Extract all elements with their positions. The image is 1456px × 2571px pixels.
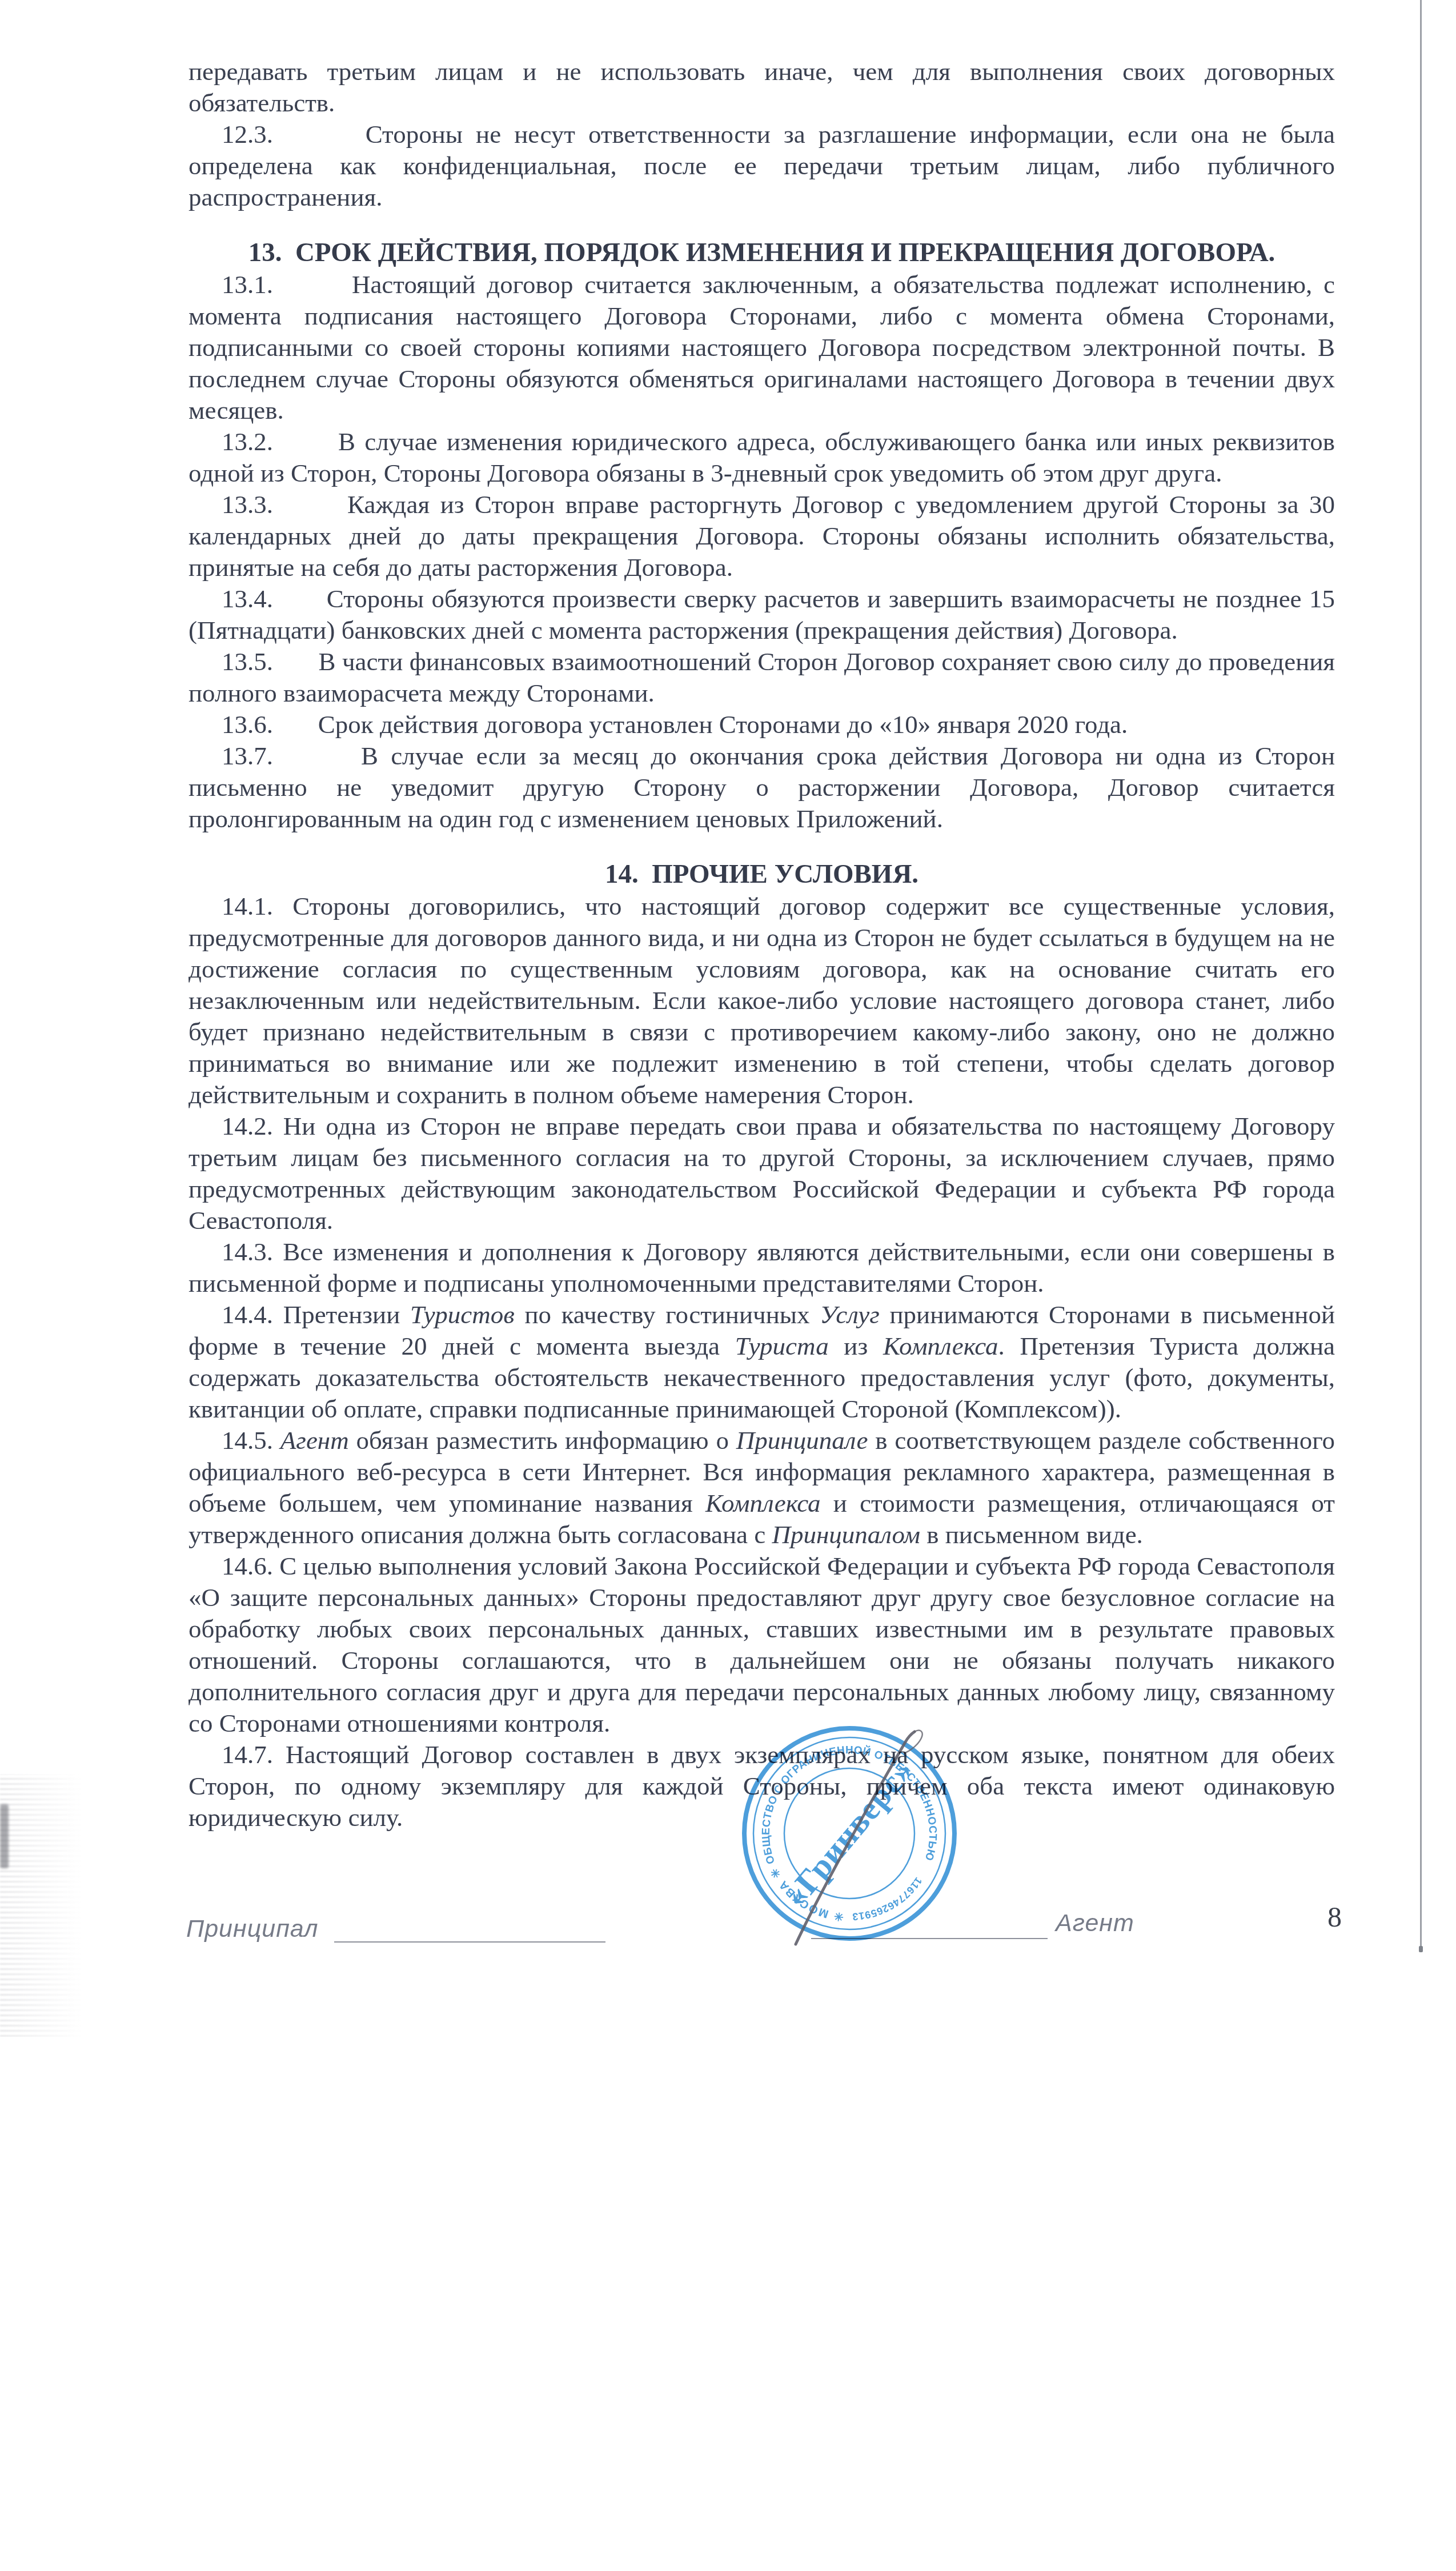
scanner-artifact-left-smudge	[0, 1774, 86, 2037]
paragraph-14-3: 14.3. Все изменения и дополнения к Догов…	[188, 1236, 1335, 1299]
company-round-stamp: ОБЩЕСТВО С ОГРАНИЧЕННОЙ ОТВЕТСТВЕННОСТЬЮ…	[735, 1719, 964, 1948]
paragraph-13-5: 13.5. В части финансовых взаимоотношений…	[188, 646, 1335, 709]
section-13-heading: 13. СРОК ДЕЙСТВИЯ, ПОРЯДОК ИЗМЕНЕНИЯ И П…	[188, 236, 1335, 269]
paragraph-14-5: 14.5. Агент обязан разместить информацию…	[188, 1425, 1335, 1551]
paragraph-13-1: 13.1. Настоящий договор считается заключ…	[188, 269, 1335, 426]
scanned-contract-page: передавать третьим лицам и не использова…	[0, 0, 1456, 2571]
paragraph-13-6: 13.6. Срок действия договора установлен …	[188, 709, 1335, 740]
paragraph-13-4: 13.4. Стороны обязуются произвести сверк…	[188, 583, 1335, 646]
paragraph-13-2: 13.2. В случае изменения юридического ад…	[188, 426, 1335, 489]
contract-body: передавать третьим лицам и не использова…	[188, 0, 1335, 1833]
paragraph-14-1: 14.1. Стороны договорились, что настоящи…	[188, 891, 1335, 1111]
principal-signature-line	[334, 1941, 605, 1943]
principal-signature-label: Принципал	[186, 1915, 319, 1943]
paragraph-13-7: 13.7. В случае если за месяц до окончани…	[188, 740, 1335, 835]
paragraph-continuation: передавать третьим лицам и не использова…	[188, 56, 1335, 119]
page-number: 8	[1327, 1900, 1342, 1933]
paragraph-14-2: 14.2. Ни одна из Сторон не вправе переда…	[188, 1111, 1335, 1236]
paragraph-14-4: 14.4. Претензии Туристов по качеству гос…	[188, 1299, 1335, 1425]
paragraph-14-6: 14.6. С целью выполнения условий Закона …	[188, 1551, 1335, 1739]
paragraph-13-3: 13.3. Каждая из Сторон вправе расторгнут…	[188, 489, 1335, 583]
agent-signature-label: Агент	[1056, 1909, 1134, 1937]
paragraph-12-3: 12.3. Стороны не несут ответственности з…	[188, 119, 1335, 213]
scanner-artifact-dark-mark	[0, 1804, 9, 1868]
scanner-artifact-line-tip	[1419, 1946, 1423, 1952]
stamp-company-name: «Гринверс»	[777, 1752, 921, 1913]
scanner-artifact-vertical-line	[1420, 0, 1422, 1952]
section-14-heading: 14. ПРОЧИЕ УСЛОВИЯ.	[188, 858, 1335, 891]
